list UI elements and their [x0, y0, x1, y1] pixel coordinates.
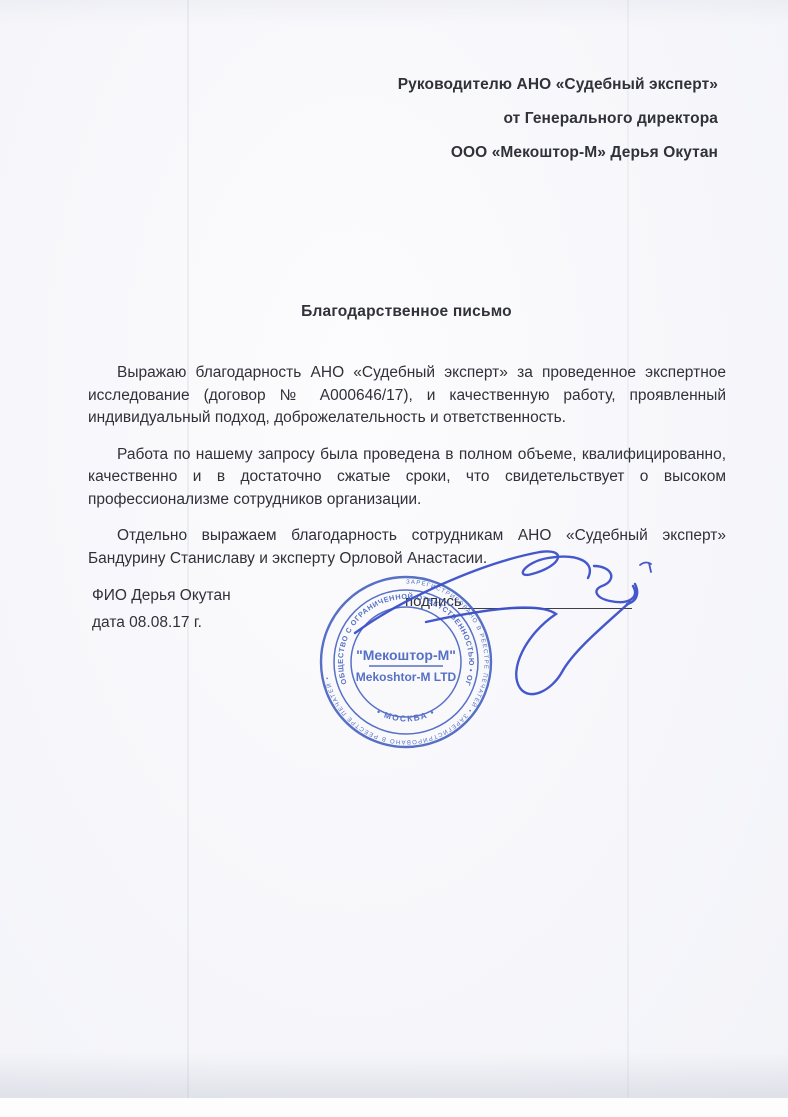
letter-title: Благодарственное письмо: [88, 303, 725, 321]
scan-bottom-edge: [0, 1098, 788, 1117]
recipient-line-1: Руководителю АНО «Судебный эксперт»: [398, 68, 718, 102]
signoff-block: ФИО Дерья Окутан дата 08.08.17 г.: [92, 583, 231, 636]
signature-tail-loop-stroke: [426, 602, 630, 694]
signature-flourish-stroke: [594, 566, 637, 604]
scanned-letter-page: Руководителю АНО «Судебный эксперт» от Г…: [0, 0, 788, 1117]
recipient-line-2: от Генерального директора: [398, 102, 718, 136]
signer-name: ФИО Дерья Окутан: [92, 583, 231, 610]
signature-tick-mark: [640, 563, 651, 572]
letter-date: дата 08.08.17 г.: [92, 610, 231, 637]
recipient-line-3: ООО «Мекоштор-М» Дерья Окутан: [398, 136, 718, 170]
signature-main-stroke: [355, 551, 590, 633]
paragraph-2: Работа по нашему запросу была проведена …: [88, 444, 726, 512]
paragraph-1: Выражаю благодарность АНО «Судебный эксп…: [88, 362, 726, 430]
scan-bottom-shading: [0, 1052, 788, 1098]
handwritten-signature: [330, 538, 670, 728]
recipient-block: Руководителю АНО «Судебный эксперт» от Г…: [398, 68, 718, 170]
scan-top-shading: [0, 0, 788, 26]
